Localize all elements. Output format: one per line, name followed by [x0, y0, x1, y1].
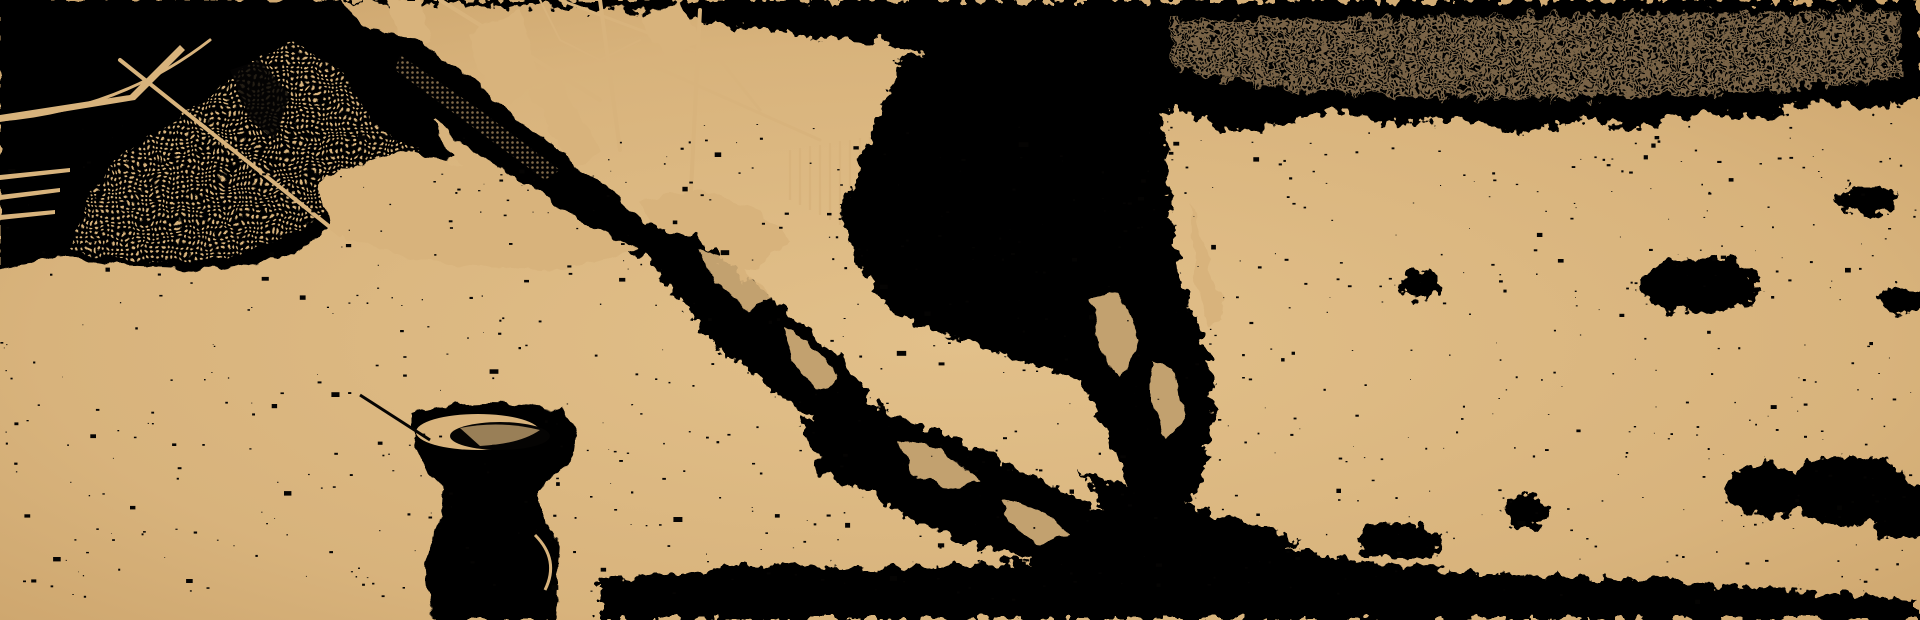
shrub: [1725, 464, 1815, 516]
scene-canvas: [0, 0, 1920, 620]
shrub: [1640, 257, 1760, 313]
shrub: [1880, 288, 1920, 312]
shrub: [1398, 271, 1442, 299]
sepia-photograph: Sepia-toned high-contrast halftone photo…: [0, 0, 1920, 620]
shrub: [1835, 186, 1895, 214]
